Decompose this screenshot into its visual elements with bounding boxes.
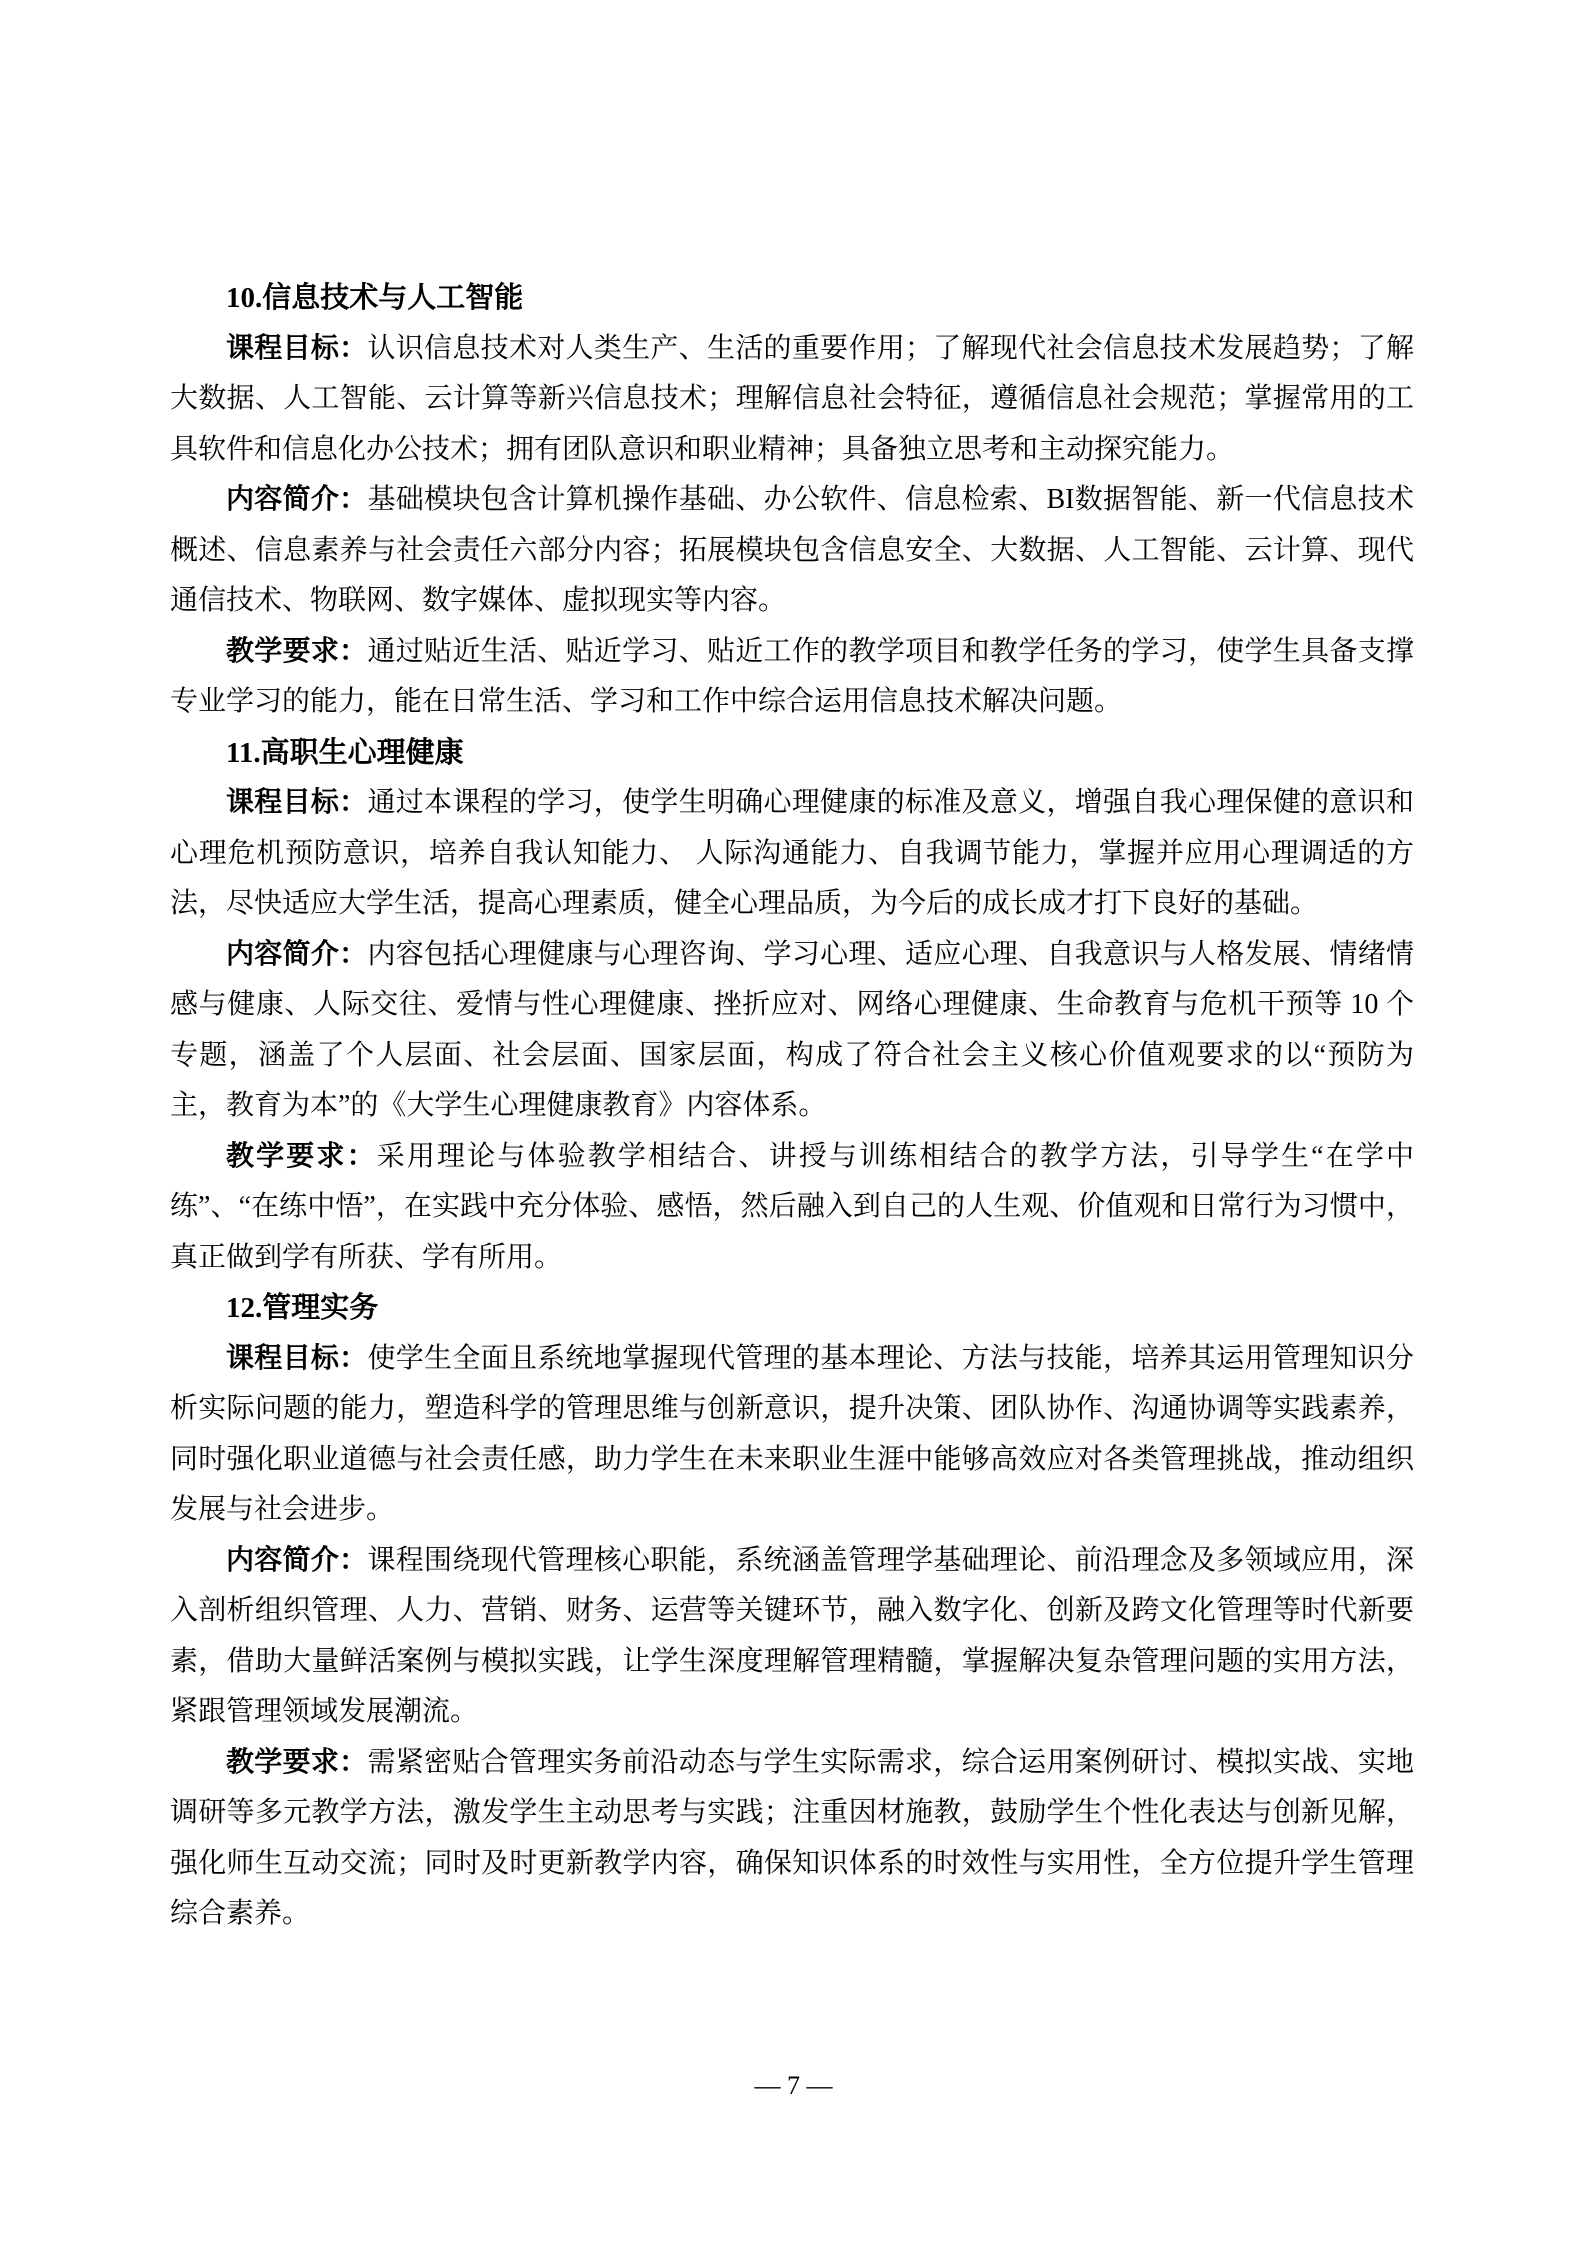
page-number: — 7 —: [755, 2071, 833, 2100]
paragraph-teaching-requirements: 教学要求：采用理论与体验教学相结合、讲授与训练相结合的教学方法，引导学生“在学中…: [170, 1132, 1414, 1284]
paragraph-course-goals: 课程目标：认识信息技术对人类生产、生活的重要作用；了解现代社会信息技术发展趋势；…: [170, 324, 1414, 476]
paragraph-label: 内容简介：: [226, 484, 367, 515]
section-heading: 12.管理实务: [170, 1283, 1414, 1334]
paragraph-teaching-requirements: 教学要求：通过贴近生活、贴近学习、贴近工作的教学项目和教学任务的学习，使学生具备…: [170, 627, 1414, 728]
page-content: 10.信息技术与人工智能 课程目标：认识信息技术对人类生产、生活的重要作用；了解…: [170, 273, 1414, 1940]
paragraph-label: 课程目标：: [226, 787, 367, 818]
paragraph-label: 内容简介：: [226, 1545, 367, 1576]
paragraph-teaching-requirements: 教学要求：需紧密贴合管理实务前沿动态与学生实际需求，综合运用案例研讨、模拟实战、…: [170, 1738, 1414, 1940]
paragraph-course-goals: 课程目标：使学生全面且系统地掌握现代管理的基本理论、方法与技能，培养其运用管理知…: [170, 1334, 1414, 1536]
paragraph-label: 教学要求：: [226, 1141, 377, 1172]
section-heading: 10.信息技术与人工智能: [170, 273, 1414, 324]
paragraph-label: 教学要求：: [226, 636, 367, 667]
paragraph-content-intro: 内容简介：内容包括心理健康与心理咨询、学习心理、适应心理、自我意识与人格发展、情…: [170, 930, 1414, 1132]
course-section-12: 12.管理实务 课程目标：使学生全面且系统地掌握现代管理的基本理论、方法与技能，…: [170, 1283, 1414, 1940]
paragraph-course-goals: 课程目标：通过本课程的学习，使学生明确心理健康的标准及意义，增强自我心理保健的意…: [170, 778, 1414, 930]
paragraph-content-intro: 内容简介：课程围绕现代管理核心职能，系统涵盖管理学基础理论、前沿理念及多领域应用…: [170, 1536, 1414, 1738]
paragraph-label: 课程目标：: [226, 333, 367, 364]
paragraph-label: 课程目标：: [226, 1343, 367, 1374]
paragraph-label: 教学要求：: [226, 1747, 367, 1778]
document-page: 10.信息技术与人工智能 课程目标：认识信息技术对人类生产、生活的重要作用；了解…: [0, 0, 1587, 2245]
paragraph-content-intro: 内容简介：基础模块包含计算机操作基础、办公软件、信息检索、BI数据智能、新一代信…: [170, 475, 1414, 627]
paragraph-label: 内容简介：: [226, 939, 367, 970]
page-footer: — 7 —: [0, 2070, 1587, 2102]
course-section-11: 11.高职生心理健康 课程目标：通过本课程的学习，使学生明确心理健康的标准及意义…: [170, 728, 1414, 1284]
section-heading: 11.高职生心理健康: [170, 728, 1414, 779]
course-section-10: 10.信息技术与人工智能 课程目标：认识信息技术对人类生产、生活的重要作用；了解…: [170, 273, 1414, 728]
